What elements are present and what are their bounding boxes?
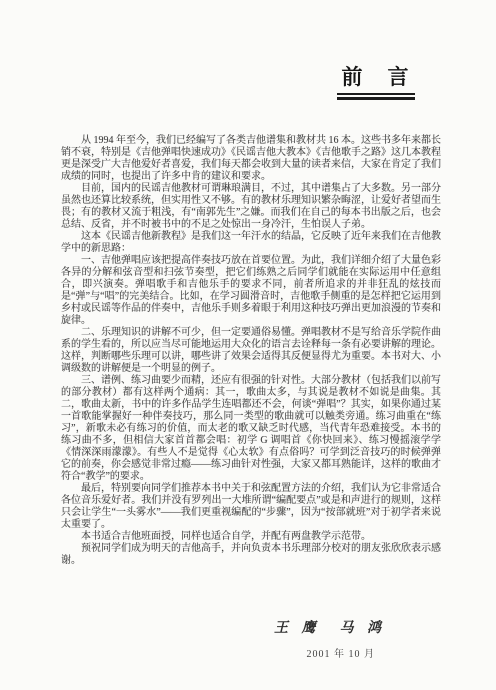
title-underline-thin-rule xyxy=(337,93,415,95)
preface-paragraph: 预祝同学们成为明天的吉他高手，并向负责本书乐理部分校对的朋友张欣欣表示感谢。 xyxy=(61,543,441,567)
preface-paragraph: 三、谱例、练习曲要少而精，还应有很强的针对性。大部分教材（包括我们以前写的部分教… xyxy=(61,375,441,483)
page-title-block: 前 言 xyxy=(337,66,415,100)
preface-paragraph: 最后，特别要向同学们推荐本书中关于和弦配置方法的介绍，我们认为它非常适合各位音乐… xyxy=(61,483,441,531)
preface-paragraph: 从 1994 年至今，我们已经编写了各类吉他谱集和教材共 16 本。这些书多年来… xyxy=(61,135,441,183)
title-underline xyxy=(337,93,415,100)
preface-paragraph: 这本《民谣吉他新教程》是我们这一年汗水的结晶，它反映了近年来我们在吉他教学中的新… xyxy=(61,231,441,255)
publication-date: 2001 年 10 月 xyxy=(307,645,376,660)
author-signature: 王 鹰 马 鸿 xyxy=(274,617,386,637)
preface-paragraph: 一、吉他弹唱应该把提高伴奏技巧放在首要位置。为此，我们详细介绍了大量色彩各异的分… xyxy=(61,255,441,327)
page-title: 前 言 xyxy=(337,66,415,90)
preface-page: 前 言 从 1994 年至今，我们已经编写了各类吉他谱集和教材共 16 本。这些… xyxy=(0,0,496,690)
preface-paragraph: 本书适合吉他班面授，同样也适合自学，并配有两盘教学示范带。 xyxy=(61,531,441,543)
preface-body: 从 1994 年至今，我们已经编写了各类吉他谱集和教材共 16 本。这些书多年来… xyxy=(61,135,441,567)
preface-paragraph: 二、乐理知识的讲解不可少，但一定要通俗易懂。弹唱教材不是写给音乐学院作曲系的学生… xyxy=(61,327,441,375)
title-underline-thick-rule xyxy=(337,97,415,100)
preface-paragraph: 目前，国内的民谣吉他教材可谓琳琅满目，不过，其中谱集占了大多数。另一部分虽然也还… xyxy=(61,183,441,231)
